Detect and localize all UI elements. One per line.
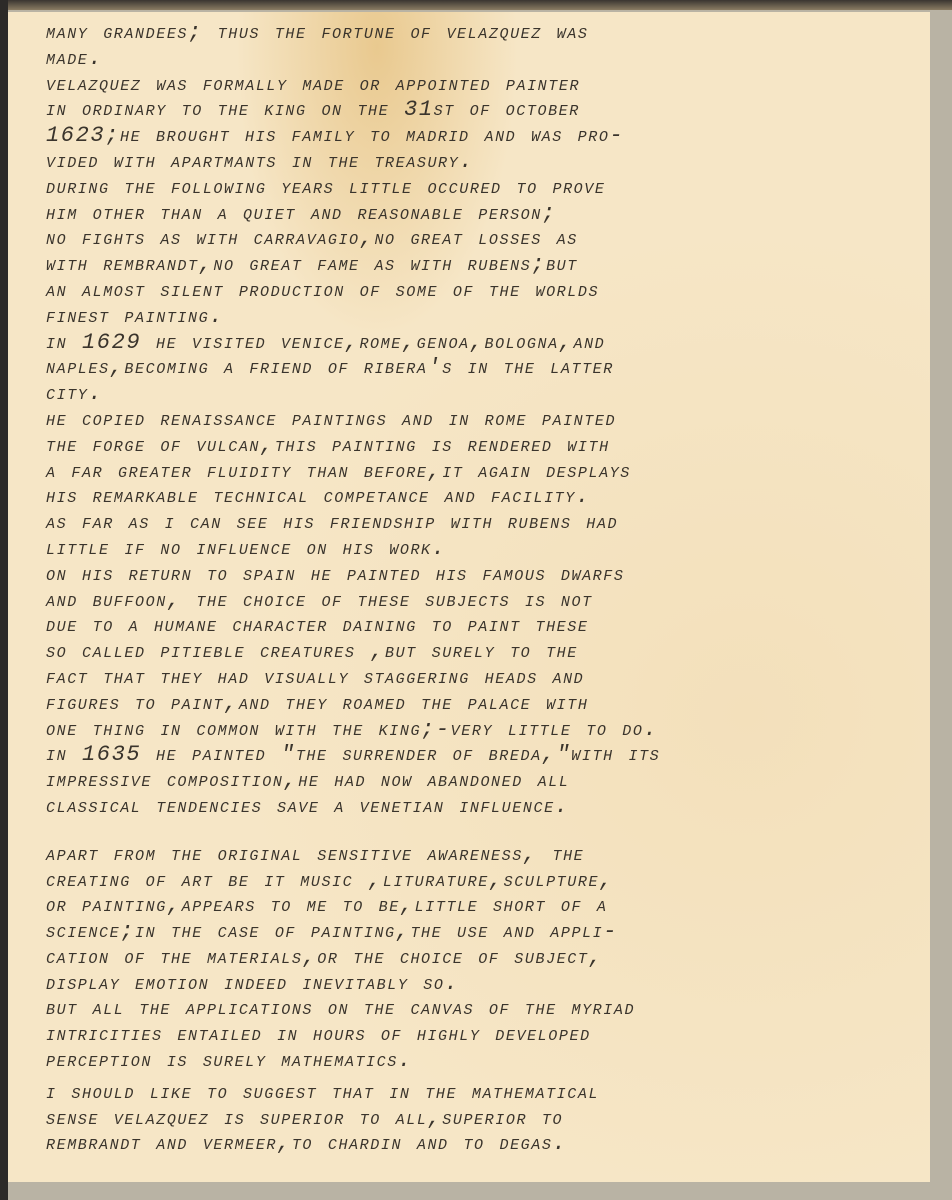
text-line: NAPLES,BECOMING A FRIEND OF RIBERA'S IN … xyxy=(46,355,946,381)
text-line: A FAR GREATER FLUIDITY THAN BEFORE,IT AG… xyxy=(46,459,946,485)
text-line: PERCEPTION IS SURELY MATHEMATICS. xyxy=(46,1048,946,1074)
paragraph-gap xyxy=(46,820,946,842)
text-line: HIS REMARKABLE TECHNICAL COMPETANCE AND … xyxy=(46,484,946,510)
text-line: VELAZQUEZ WAS FORMALLY MADE OR APPOINTED… xyxy=(46,72,946,98)
text-line: HE COPIED RENAISSANCE PAINTINGS AND IN R… xyxy=(46,407,946,433)
text-line: MANY GRANDEES; THUS THE FORTUNE OF VELAZ… xyxy=(46,20,946,46)
text-line: AS FAR AS I CAN SEE HIS FRIENDSHIP WITH … xyxy=(46,510,946,536)
text-line: FACT THAT THEY HAD VISUALLY STAGGERING H… xyxy=(46,665,946,691)
text-line: LITTLE IF NO INFLUENCE ON HIS WORK. xyxy=(46,536,946,562)
text-line: APART FROM THE ORIGINAL SENSITIVE AWAREN… xyxy=(46,842,946,868)
text-line: AND BUFFOON, THE CHOICE OF THESE SUBJECT… xyxy=(46,588,946,614)
typewritten-text: MANY GRANDEES; THUS THE FORTUNE OF VELAZ… xyxy=(46,20,946,1157)
text-line: CREATING OF ART BE IT MUSIC ,LITURATURE,… xyxy=(46,868,946,894)
text-line: DURING THE FOLLOWING YEARS LITTLE OCCURE… xyxy=(46,175,946,201)
text-line: I SHOULD LIKE TO SUGGEST THAT IN THE MAT… xyxy=(46,1080,946,1106)
text-line: 1623;HE BROUGHT HIS FAMILY TO MADRID AND… xyxy=(46,123,946,149)
text-line: HIM OTHER THAN A QUIET AND REASONABLE PE… xyxy=(46,201,946,227)
text-line: SENSE VELAZQUEZ IS SUPERIOR TO ALL,SUPER… xyxy=(46,1106,946,1132)
text-line: DUE TO A HUMANE CHARACTER DAINING TO PAI… xyxy=(46,613,946,639)
text-line: SCIENCE;IN THE CASE OF PAINTING,THE USE … xyxy=(46,919,946,945)
text-line: ON HIS RETURN TO SPAIN HE PAINTED HIS FA… xyxy=(46,562,946,588)
text-line: IMPRESSIVE COMPOSITION,HE HAD NOW ABANDO… xyxy=(46,768,946,794)
text-line: FINEST PAINTING. xyxy=(46,304,946,330)
text-line: CATION OF THE MATERIALS,OR THE CHOICE OF… xyxy=(46,945,946,971)
text-line: WITH REMBRANDT,NO GREAT FAME AS WITH RUB… xyxy=(46,252,946,278)
text-line: CITY. xyxy=(46,381,946,407)
text-line: REMBRANDT AND VERMEER,TO CHARDIN AND TO … xyxy=(46,1131,946,1157)
text-line: CLASSICAL TENDENCIES SAVE A VENETIAN INF… xyxy=(46,794,946,820)
text-line: VIDED WITH APARTMANTS IN THE TREASURY. xyxy=(46,149,946,175)
text-line: IN 1635 HE PAINTED "THE SURRENDER OF BRE… xyxy=(46,742,946,768)
text-line: FIGURES TO PAINT,AND THEY ROAMED THE PAL… xyxy=(46,691,946,717)
text-line: INTRICITIES ENTAILED IN HOURS OF HIGHLY … xyxy=(46,1022,946,1048)
text-line: SO CALLED PITIEBLE CREATURES ,BUT SURELY… xyxy=(46,639,946,665)
text-line: IN ORDINARY TO THE KING ON THE 31ST OF O… xyxy=(46,97,946,123)
text-line: NO FIGHTS AS WITH CARRAVAGIO,NO GREAT LO… xyxy=(46,226,946,252)
text-line: THE FORGE OF VULCAN,THIS PAINTING IS REN… xyxy=(46,433,946,459)
text-line: MADE. xyxy=(46,46,946,72)
text-line: OR PAINTING,APPEARS TO ME TO BE,LITTLE S… xyxy=(46,893,946,919)
binding-edge xyxy=(0,0,8,1200)
text-line: IN 1629 HE VISITED VENICE,ROME,GENOA,BOL… xyxy=(46,330,946,356)
page-top-edge xyxy=(0,0,952,10)
typewritten-page: MANY GRANDEES; THUS THE FORTUNE OF VELAZ… xyxy=(8,12,930,1182)
text-line: ONE THING IN COMMON WITH THE KING;-VERY … xyxy=(46,717,946,743)
text-line: AN ALMOST SILENT PRODUCTION OF SOME OF T… xyxy=(46,278,946,304)
text-line: DISPLAY EMOTION INDEED INEVITABLY SO. xyxy=(46,971,946,997)
text-line: BUT ALL THE APPLICATIONS ON THE CANVAS O… xyxy=(46,996,946,1022)
